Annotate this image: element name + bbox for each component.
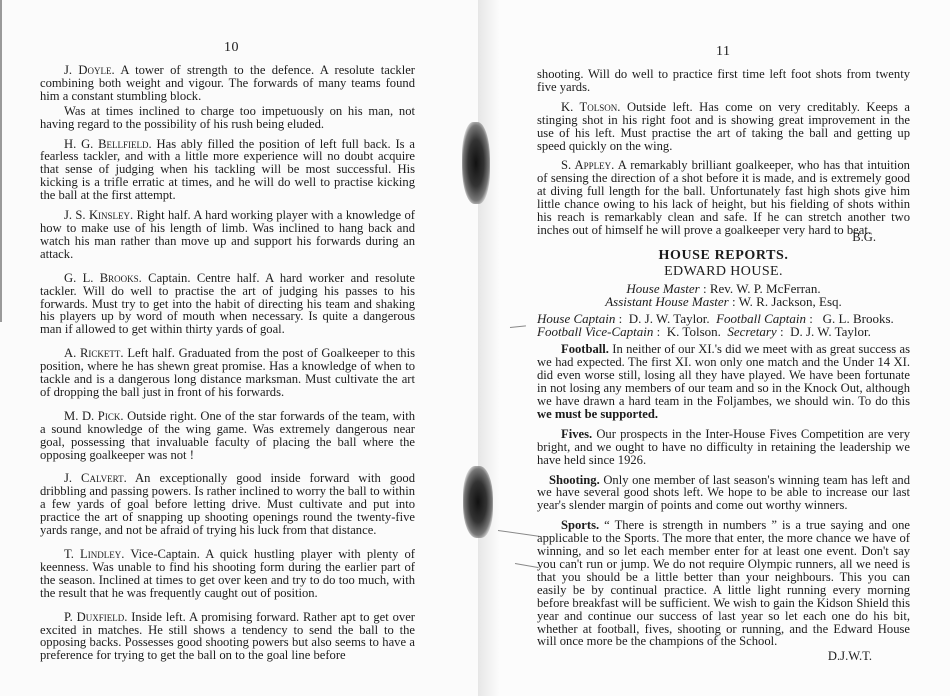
section-heading: HOUSE REPORTS.: [537, 250, 910, 263]
page-number-right: 11: [716, 44, 730, 60]
house-officers: House Captain : D. J. W. Taylor. Footbal…: [537, 312, 910, 338]
player-name: H. G. Bellfield.: [64, 137, 152, 151]
ink-blotch: [462, 122, 490, 204]
topic-heading: Football.: [561, 342, 609, 356]
report-duxfield: P. Duxfield. Inside left. A promising fo…: [40, 611, 415, 663]
right-page-column: shooting. Will do well to practice first…: [537, 68, 910, 663]
player-reports-column: J. Doyle. A tower of strength to the def…: [40, 64, 415, 669]
topic-heading: Sports.: [561, 518, 599, 532]
house-name: EDWARD HOUSE.: [537, 266, 910, 279]
player-name: M. D. Pick.: [64, 409, 123, 423]
report-duxfield-continuation: shooting. Will do well to practice first…: [537, 68, 910, 94]
player-name: J. Doyle.: [64, 63, 115, 77]
left-page: 10 J. Doyle. A tower of strength to the …: [0, 0, 478, 696]
report-shooting: Shooting. Only one member of last season…: [537, 474, 910, 513]
player-name: J. Calvert.: [64, 471, 127, 485]
report-brooks: G. L. Brooks. Captain. Centre half. A ha…: [40, 272, 415, 337]
page-number-left: 10: [224, 40, 239, 56]
player-name: G. L. Brooks.: [64, 271, 142, 285]
player-name: T. Lindley.: [64, 547, 124, 561]
page-edge-shadow: [0, 0, 2, 322]
player-name: A. Rickett.: [64, 346, 124, 360]
report-doyle-cont: Was at times inclined to charge too impe…: [40, 105, 415, 131]
report-rickett: A. Rickett. Left half. Graduated from th…: [40, 347, 415, 399]
report-calvert: J. Calvert. An exceptionally good inside…: [40, 472, 415, 537]
binding-gutter: [478, 0, 500, 696]
signature-djwt: D.J.W.T.: [537, 650, 910, 663]
report-bellfield: H. G. Bellfield. Has ably filled the pos…: [40, 138, 415, 203]
player-name: S. Appley.: [561, 158, 614, 172]
report-fives: Fives. Our prospects in the Inter-House …: [537, 428, 910, 467]
assistant-house-master-line: Assistant House Master : W. R. Jackson, …: [537, 296, 910, 309]
player-name: J. S. Kinsley.: [64, 208, 133, 222]
topic-heading: Shooting.: [549, 473, 600, 487]
report-lindley: T. Lindley. Vice-Captain. A quick hustli…: [40, 548, 415, 600]
player-name: P. Duxfield.: [64, 610, 127, 624]
book-spread: 10 J. Doyle. A tower of strength to the …: [0, 0, 950, 696]
report-kinsley: J. S. Kinsley. Right half. A hard workin…: [40, 209, 415, 261]
report-doyle: J. Doyle. A tower of strength to the def…: [40, 64, 415, 103]
report-football: Football. In neither of our XI.'s did we…: [537, 343, 910, 420]
ink-blotch: [463, 466, 493, 538]
report-pick: M. D. Pick. Outside right. One of the st…: [40, 410, 415, 462]
report-tolson: K. Tolson. Outside left. Has come on ver…: [537, 101, 910, 153]
topic-heading: Fives.: [561, 427, 592, 441]
player-name: K. Tolson.: [561, 100, 620, 114]
report-appley: S. Appley. A remarkably brilliant goalke…: [537, 159, 910, 236]
report-sports: Sports. “ There is strength in numbers ”…: [537, 519, 910, 648]
